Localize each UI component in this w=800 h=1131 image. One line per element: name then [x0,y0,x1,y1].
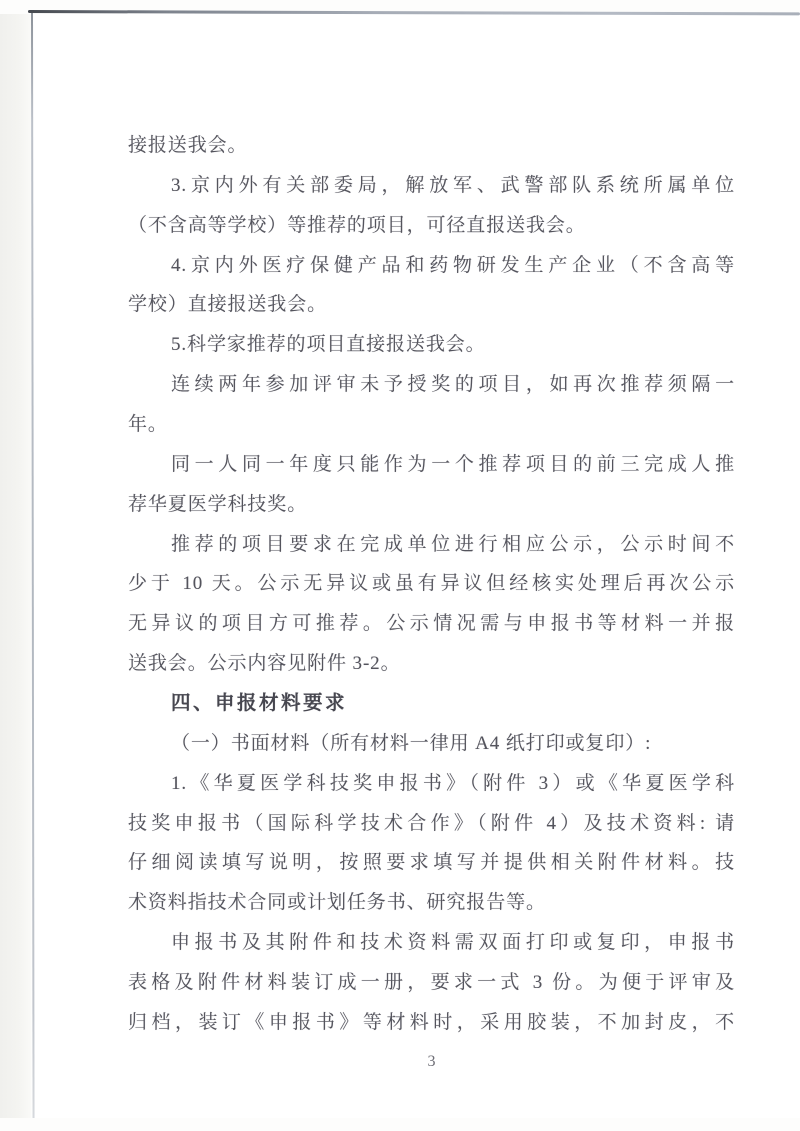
text-line: 学校）直接报送我会。 [128,285,735,325]
text-line: 归档，装订《申报书》等材料时，采用胶装，不加封皮，不 [128,1003,735,1043]
document-text-block: 接报送我会。3.京内外有关部委局，解放军、武警部队系统所属单位（不含高等学校）等… [128,126,735,1043]
text-line: 接报送我会。 [128,126,735,166]
section-heading: 四、申报材料要求 [128,684,735,724]
text-line: （不含高等学校）等推荐的项目，可径直报送我会。 [128,206,735,246]
text-line: 年。 [128,405,735,445]
text-line: 连续两年参加评审未予授奖的项目，如再次推荐须隔一 [128,365,735,405]
text-line: 无异议的项目方可推荐。公示情况需与申报书等材料一并报 [128,604,735,644]
text-line: 送我会。公示内容见附件 3-2。 [128,644,735,684]
text-line: 仔细阅读填写说明，按照要求填写并提供相关附件材料。技 [128,843,735,883]
text-line: 同一人同一年度只能作为一个推荐项目的前三完成人推 [128,445,735,485]
text-line: （一）书面材料（所有材料一律用 A4 纸打印或复印）: [128,724,735,764]
text-line: 推荐的项目要求在完成单位进行相应公示，公示时间不 [128,525,735,565]
scanner-background-strip [0,14,31,1118]
text-line: 表格及附件材料装订成一册，要求一式 3 份。为便于评审及 [128,963,735,1003]
text-line: 申报书及其附件和技术资料需双面打印或复印，申报书 [128,923,735,963]
text-line: 4.京内外医疗保健产品和药物研发生产企业（不含高等 [128,246,735,286]
text-line: 技奖申报书（国际科学技术合作》（附件 4）及技术资料: 请 [128,804,735,844]
text-line: 5.科学家推荐的项目直接报送我会。 [128,325,735,365]
text-line: 3.京内外有关部委局，解放军、武警部队系统所属单位 [128,166,735,206]
text-line: 荐华夏医学科技奖。 [128,485,735,525]
text-line: 少于 10 天。公示无异议或虽有异议但经核实处理后再次公示 [128,564,735,604]
page-number: 3 [128,1050,735,1074]
text-line: 术资料指技术合同或计划任务书、研究报告等。 [128,883,735,923]
text-line: 1.《华夏医学科技奖申报书》（附件 3）或《华夏医学科 [128,764,735,804]
